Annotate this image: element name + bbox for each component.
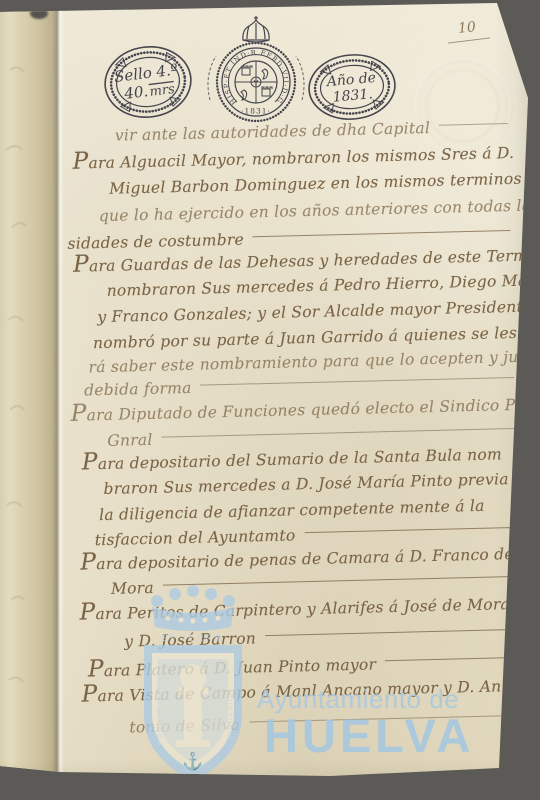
- paper-sheet: 10 Sello 4.º 40. mrs: [0, 0, 540, 800]
- watermark-motto-right: CUSTODIA: [225, 693, 232, 741]
- scanned-document-page: 10 Sello 4.º 40. mrs: [0, 0, 540, 800]
- manuscript-line: Para Diputado de Funciones quedó electo …: [70, 394, 522, 425]
- watermark-motto-top: ET TERRÆ: [161, 633, 224, 643]
- manuscript-line: braron Sus mercedes a D. José María Pint…: [103, 470, 524, 498]
- manuscript-line: Miguel Barbon Dominguez en los mismos te…: [109, 170, 517, 198]
- binding-notch: [30, 8, 48, 19]
- manuscript-line: Para Alguacil Mayor, nombraron los mismo…: [72, 142, 516, 173]
- manuscript-line: la diligencia de afianzar competente men…: [99, 496, 525, 524]
- anchor-icon: ⚓: [182, 751, 203, 772]
- manuscript-line: y Franco Gonzales; y el Sor Alcalde mayo…: [97, 298, 520, 326]
- manuscript-text-block: vir ante las autoridades de dha Capital …: [0, 0, 540, 800]
- watermark-motto-left: PORTUS MARIS: [157, 674, 164, 745]
- manuscript-line: vir ante las autoridades de dha Capital: [115, 117, 508, 145]
- huelva-shield-watermark: ET TERRÆ ⚓ PORTUS MARIS CUSTODIA: [128, 585, 258, 798]
- manuscript-line: nombraron Sus mercedes á Pedro Hierro, D…: [106, 272, 519, 300]
- watermark-org-wordmark: HUELVA: [264, 708, 474, 763]
- manuscript-line: que lo ha ejercido en los años anteriore…: [99, 197, 518, 225]
- crown-icon: [151, 585, 235, 631]
- shield-body: ⚓ PORTUS MARIS CUSTODIA: [144, 645, 242, 781]
- manuscript-line: nombró por su parte á Juan Garrido á qui…: [93, 324, 521, 352]
